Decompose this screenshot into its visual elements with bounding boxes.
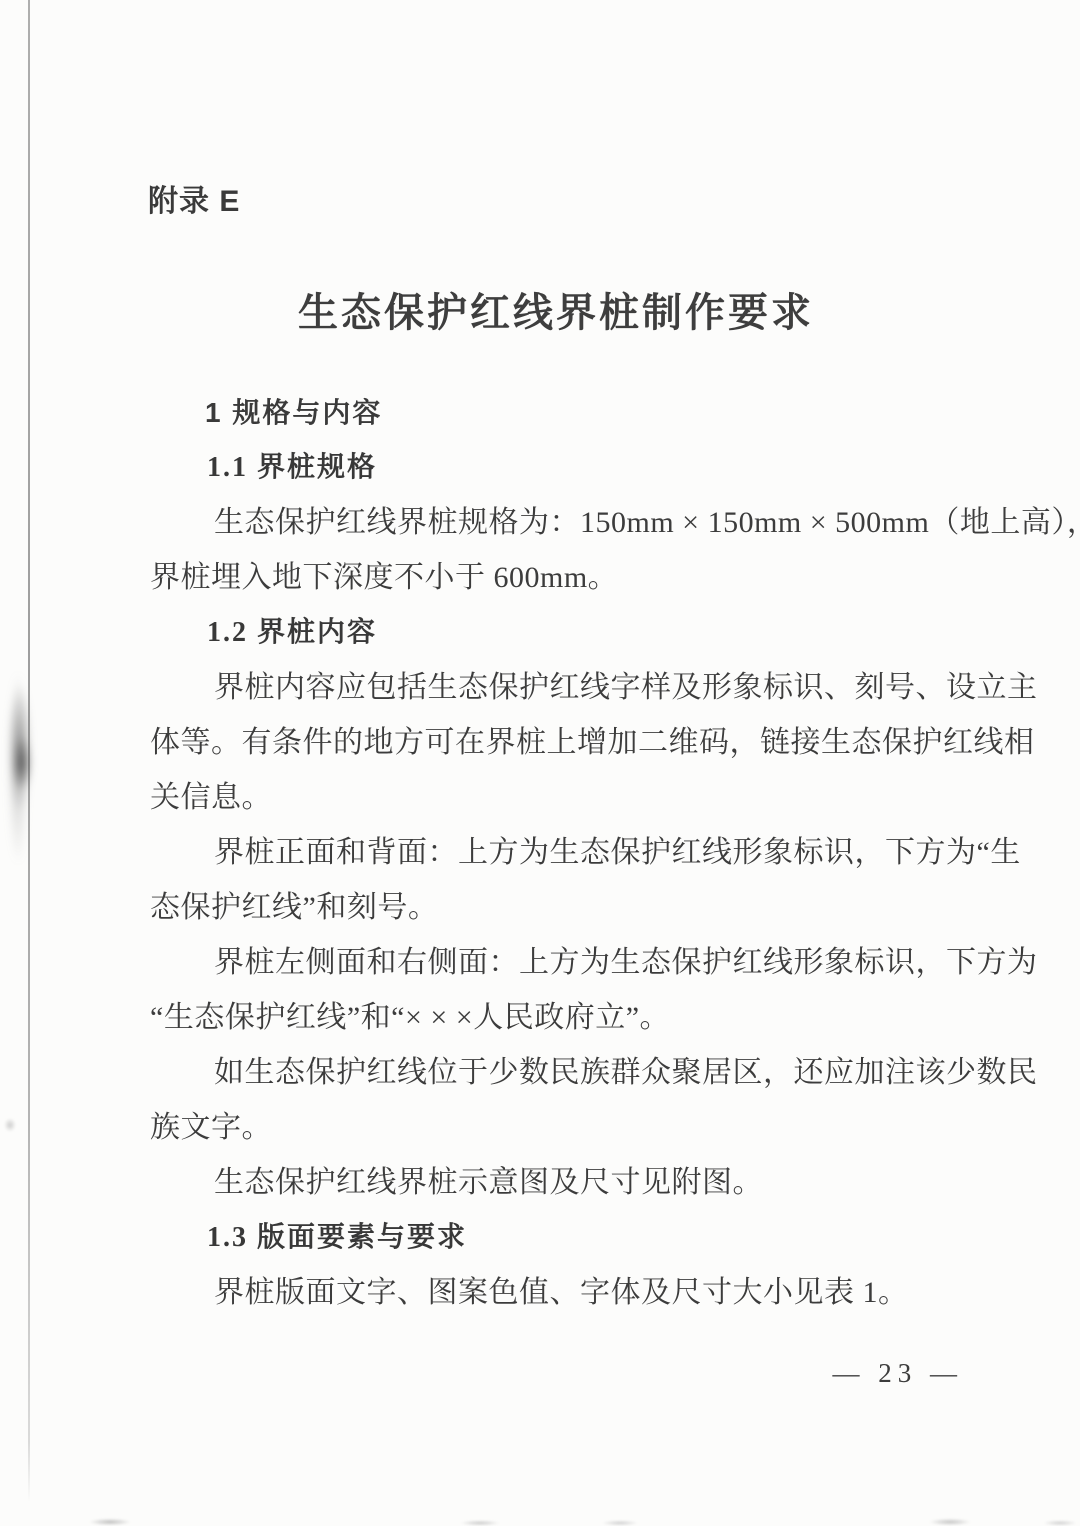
page-number: — 23 — — [833, 1358, 964, 1389]
sub-heading: 1.3 版面要素与要求 — [150, 1210, 970, 1265]
paragraph-line: 态保护红线”和刻号。 — [150, 880, 970, 935]
scan-bottom-edge-artifact — [0, 1514, 1080, 1526]
paragraph-line: 关信息。 — [150, 770, 970, 825]
document-title: 生态保护红线界桩制作要求 — [0, 281, 1080, 338]
section-heading: 1 规格与内容 — [150, 385, 970, 440]
paragraph-line: “生态保护红线”和“× × ×人民政府立”。 — [150, 990, 970, 1045]
paragraph-line: 界桩埋入地下深度不小于 600mm。 — [150, 550, 970, 605]
scanned-document-page: 附录 E 生态保护红线界桩制作要求 1 规格与内容1.1 界桩规格生态保护红线界… — [0, 0, 1080, 1526]
paragraph-line: 体等。有条件的地方可在界桩上增加二维码，链接生态保护红线相 — [150, 715, 970, 770]
sub-heading: 1.2 界桩内容 — [150, 605, 970, 660]
document-body: 1 规格与内容1.1 界桩规格生态保护红线界桩规格为：150mm × 150mm… — [150, 385, 970, 1320]
paragraph-line: 族文字。 — [150, 1100, 970, 1155]
appendix-label: 附录 E — [148, 176, 240, 220]
paragraph-line: 界桩正面和背面：上方为生态保护红线形象标识，下方为“生 — [150, 825, 970, 880]
paragraph-line: 如生态保护红线位于少数民族群众聚居区，还应加注该少数民 — [150, 1045, 970, 1100]
paragraph-line: 界桩版面文字、图案色值、字体及尺寸大小见表 1。 — [150, 1265, 970, 1320]
paragraph-line: 生态保护红线界桩规格为：150mm × 150mm × 500mm（地上高）， — [150, 495, 970, 550]
paragraph-line: 界桩内容应包括生态保护红线字样及形象标识、刻号、设立主 — [150, 660, 970, 715]
scan-smudge-artifact — [0, 628, 46, 898]
paragraph-line: 生态保护红线界桩示意图及尺寸见附图。 — [150, 1155, 970, 1210]
paragraph-line: 界桩左侧面和右侧面：上方为生态保护红线形象标识，下方为 — [150, 935, 970, 990]
sub-heading: 1.1 界桩规格 — [150, 440, 970, 495]
scan-small-mark-artifact — [4, 1118, 16, 1132]
